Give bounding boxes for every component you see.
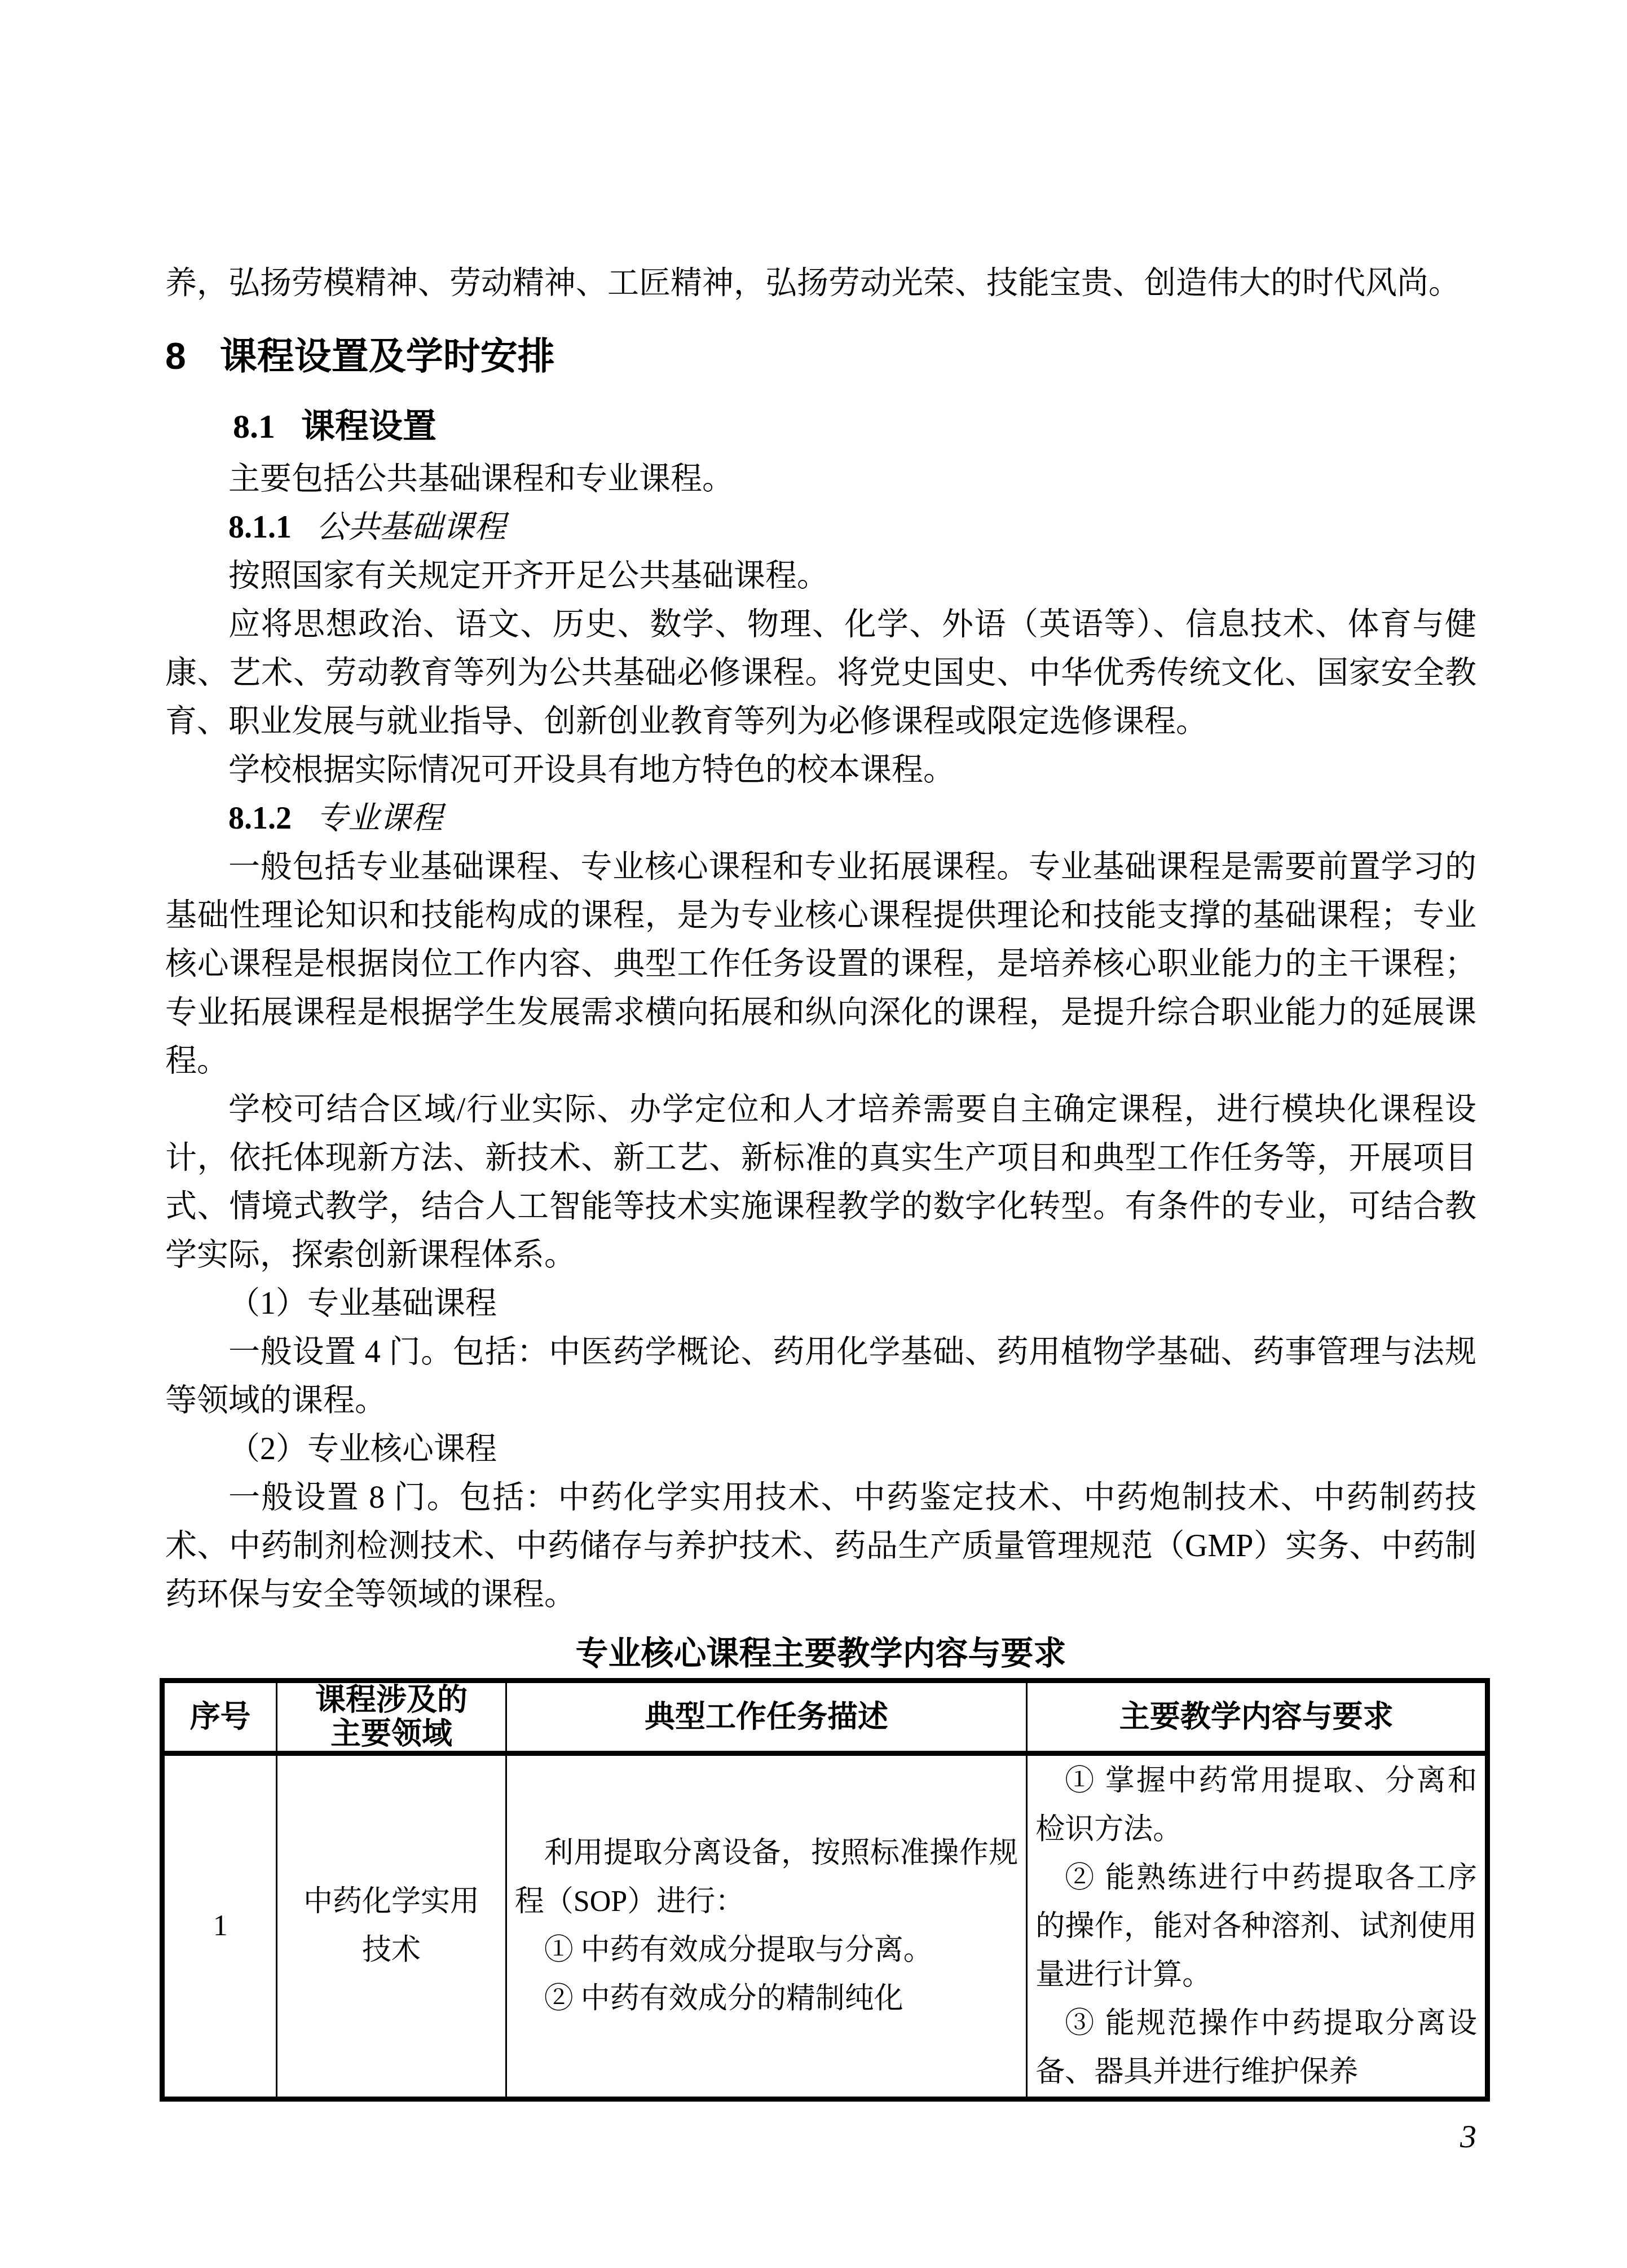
paragraph-812-1: 一般包括专业基础课程、专业核心课程和专业拓展课程。专业基础课程是需要前置学习的基…	[165, 843, 1476, 1085]
content-item: ③ 能规范操作中药提取分离设备、器具并进行维护保养	[1035, 2000, 1477, 2097]
subsection-number: 8.1.1	[228, 510, 292, 545]
subsection-title: 专业课程	[316, 801, 443, 836]
section-title: 课程设置及学时安排	[220, 335, 555, 377]
subsection-number: 8.1.2	[228, 801, 292, 836]
paragraph-811-2: 应将思想政治、语文、历史、数学、物理、化学、外语（英语等）、信息技术、体育与健康…	[165, 600, 1476, 746]
document-page: 养，弘扬劳模精神、劳动精神、工匠精神，弘扬劳动光荣、技能宝贵、创造伟大的时代风尚…	[0, 0, 1627, 2268]
table-title: 专业核心课程主要教学内容与要求	[165, 1629, 1476, 1678]
page-number: 3	[165, 2112, 1476, 2161]
table-header-task: 典型工作任务描述	[506, 1681, 1027, 1754]
task-item: ② 中药有效成分的精制纯化	[515, 1975, 1018, 2023]
subsection-heading-8-1-1: 8.1.1公共基础课程	[165, 503, 1476, 552]
paragraph-811-3: 学校根据实际情况可开设具有地方特色的校本课程。	[165, 746, 1476, 794]
cell-teaching-content: ① 掌握中药常用提取、分离和检识方法。 ② 能熟练进行中药提取各工序的操作，能对…	[1027, 1754, 1488, 2099]
table-header-index: 序号	[162, 1681, 277, 1754]
subsection-number: 8.1	[233, 408, 275, 445]
table-header-content: 主要教学内容与要求	[1027, 1681, 1488, 1754]
core-course-desc: 一般设置 8 门。包括：中药化学实用技术、中药鉴定技术、中药炮制技术、中药制药技…	[165, 1473, 1476, 1619]
section-heading-8: 8课程设置及学时安排	[165, 332, 1476, 381]
table-row: 1 中药化学实用技术 利用提取分离设备，按照标准操作规程（SOP）进行： ① 中…	[162, 1754, 1488, 2099]
body-text: 主要包括公共基础课程和专业课程。 8.1.1公共基础课程 按照国家有关规定开齐开…	[165, 455, 1476, 1619]
intro-paragraph-tail: 养，弘扬劳模精神、劳动精神、工匠精神，弘扬劳动光荣、技能宝贵、创造伟大的时代风尚…	[165, 259, 1476, 308]
cell-task-description: 利用提取分离设备，按照标准操作规程（SOP）进行： ① 中药有效成分提取与分离。…	[506, 1754, 1027, 2099]
subsection-title: 课程设置	[301, 407, 436, 445]
basic-course-desc: 一般设置 4 门。包括：中医药学概论、药用化学基础、药用植物学基础、药事管理与法…	[165, 1328, 1476, 1425]
basic-course-label: （1）专业基础课程	[165, 1279, 1476, 1328]
table-header-domain: 课程涉及的 主要领域	[277, 1681, 506, 1754]
subsection-title: 公共基础课程	[316, 510, 506, 545]
core-course-label: （2）专业核心课程	[165, 1425, 1476, 1473]
content-item: ② 能熟练进行中药提取各工序的操作，能对各种溶剂、试剂使用量进行计算。	[1035, 1854, 1477, 2000]
content-item: ① 掌握中药常用提取、分离和检识方法。	[1035, 1757, 1477, 1854]
task-item: ① 中药有效成分提取与分离。	[515, 1926, 1018, 1975]
cell-domain: 中药化学实用技术	[277, 1754, 506, 2099]
subsection-heading-8-1: 8.1课程设置	[165, 402, 1476, 451]
paragraph-812-2: 学校可结合区域/行业实际、办学定位和人才培养需要自主确定课程，进行模块化课程设计…	[165, 1085, 1476, 1279]
paragraph-811-1: 按照国家有关规定开齐开足公共基础课程。	[165, 552, 1476, 600]
subsection-heading-8-1-2: 8.1.2专业课程	[165, 794, 1476, 843]
table-header-row: 序号 课程涉及的 主要领域 典型工作任务描述 主要教学内容与要求	[162, 1681, 1488, 1754]
paragraph-81-intro: 主要包括公共基础课程和专业课程。	[165, 455, 1476, 503]
core-course-table: 序号 课程涉及的 主要领域 典型工作任务描述 主要教学内容与要求 1 中药化学实…	[160, 1678, 1490, 2102]
task-intro: 利用提取分离设备，按照标准操作规程（SOP）进行：	[515, 1829, 1018, 1926]
page-content: 养，弘扬劳模精神、劳动精神、工匠精神，弘扬劳动光荣、技能宝贵、创造伟大的时代风尚…	[165, 0, 1476, 2161]
cell-index: 1	[162, 1754, 277, 2099]
section-number: 8	[165, 335, 186, 377]
